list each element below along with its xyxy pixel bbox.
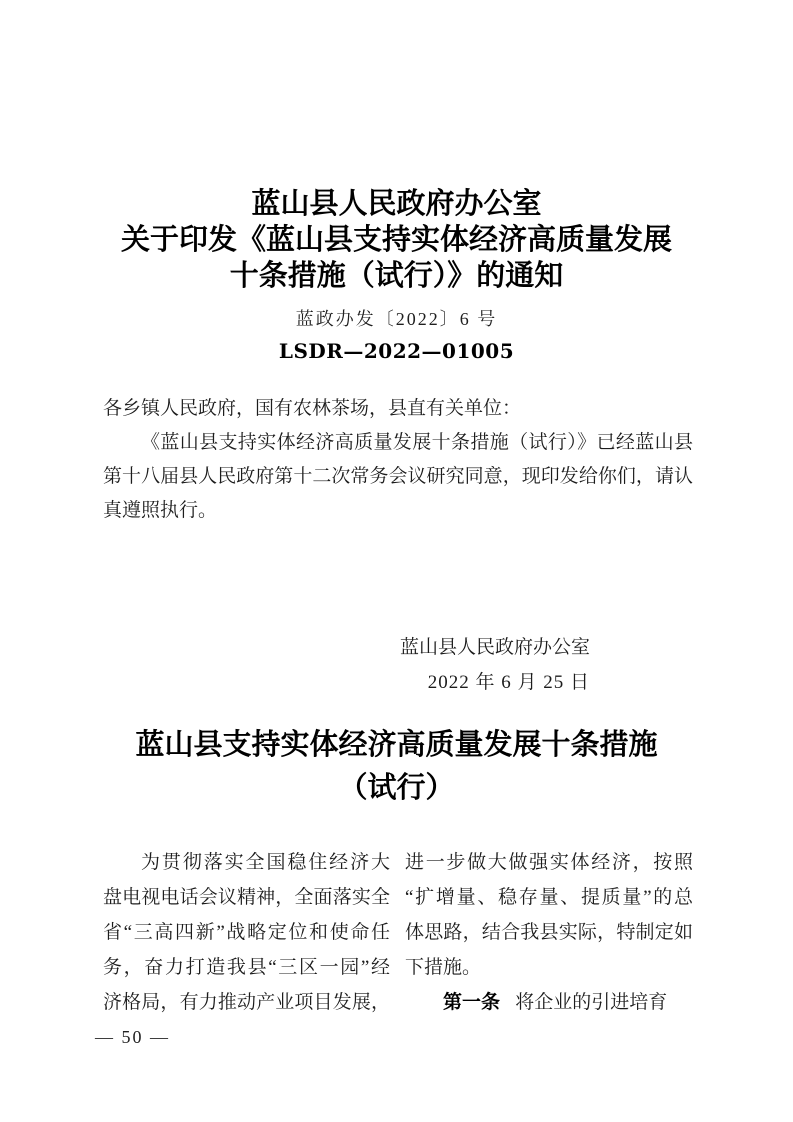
measures-columns: 为贯彻落实全国稳住经济大 盘电视电话会议精神，全面落实全 省“三高四新”战略定位… — [103, 845, 693, 1020]
column-line: 务，奋力打造我县“三区一园”经 — [103, 950, 390, 985]
column-line: 为贯彻落实全国稳住经济大 — [103, 845, 390, 880]
column-line: 盘电视电话会议精神，全面落实全 — [103, 880, 390, 915]
clause-line: 第一条将企业的引进培育 — [405, 985, 693, 1020]
measures-title-line: （试行） — [0, 767, 793, 810]
notice-body: 各乡镇人民政府，国有农林茶场，县直有关单位： 《蓝山县支持实体经济高质量发展十条… — [103, 392, 693, 528]
signature-block: 蓝山县人民政府办公室 2022 年 6 月 25 日 — [103, 630, 590, 700]
body-line: 第十八届县人民政府第十二次常务会议研究同意，现印发给你们，请认 — [103, 460, 693, 494]
notice-title-line: 十条措施（试行）》的通知 — [0, 258, 793, 294]
column-line: 济格局，有力推动产业项目发展， — [103, 985, 390, 1020]
clause-label: 第一条 — [443, 992, 500, 1013]
column-line: 下措施。 — [405, 950, 693, 985]
signature-date: 2022 年 6 月 25 日 — [103, 665, 590, 700]
doc-number: 蓝政办发〔2022〕6 号 — [0, 306, 793, 332]
notice-title: 蓝山县人民政府办公室 关于印发《蓝山县支持实体经济高质量发展 十条措施（试行）》… — [0, 186, 793, 294]
clause-text: 将企业的引进培育 — [515, 992, 667, 1013]
signature-name: 蓝山县人民政府办公室 — [103, 630, 590, 665]
document-page: 蓝山县人民政府办公室 关于印发《蓝山县支持实体经济高质量发展 十条措施（试行）》… — [0, 0, 793, 1122]
notice-title-line: 蓝山县人民政府办公室 — [0, 186, 793, 222]
body-line: 真遵照执行。 — [103, 494, 693, 528]
index-code: LSDR—2022—01005 — [0, 337, 793, 365]
notice-title-line: 关于印发《蓝山县支持实体经济高质量发展 — [0, 222, 793, 258]
measures-title: 蓝山县支持实体经济高质量发展十条措施 （试行） — [0, 724, 793, 810]
column-line: 省“三高四新”战略定位和使命任 — [103, 915, 390, 950]
column-line: “扩增量、稳存量、提质量”的总 — [405, 880, 693, 915]
measures-column-left: 为贯彻落实全国稳住经济大 盘电视电话会议精神，全面落实全 省“三高四新”战略定位… — [103, 845, 390, 1020]
page-number: — 50 — — [95, 1027, 170, 1048]
column-line: 体思路，结合我县实际，特制定如 — [405, 915, 693, 950]
measures-title-line: 蓝山县支持实体经济高质量发展十条措施 — [0, 724, 793, 767]
column-line: 进一步做大做强实体经济，按照 — [405, 845, 693, 880]
measures-column-right: 进一步做大做强实体经济，按照 “扩增量、稳存量、提质量”的总 体思路，结合我县实… — [405, 845, 693, 1020]
salutation: 各乡镇人民政府，国有农林茶场，县直有关单位： — [103, 392, 693, 426]
body-line: 《蓝山县支持实体经济高质量发展十条措施（试行）》已经蓝山县 — [103, 426, 693, 460]
